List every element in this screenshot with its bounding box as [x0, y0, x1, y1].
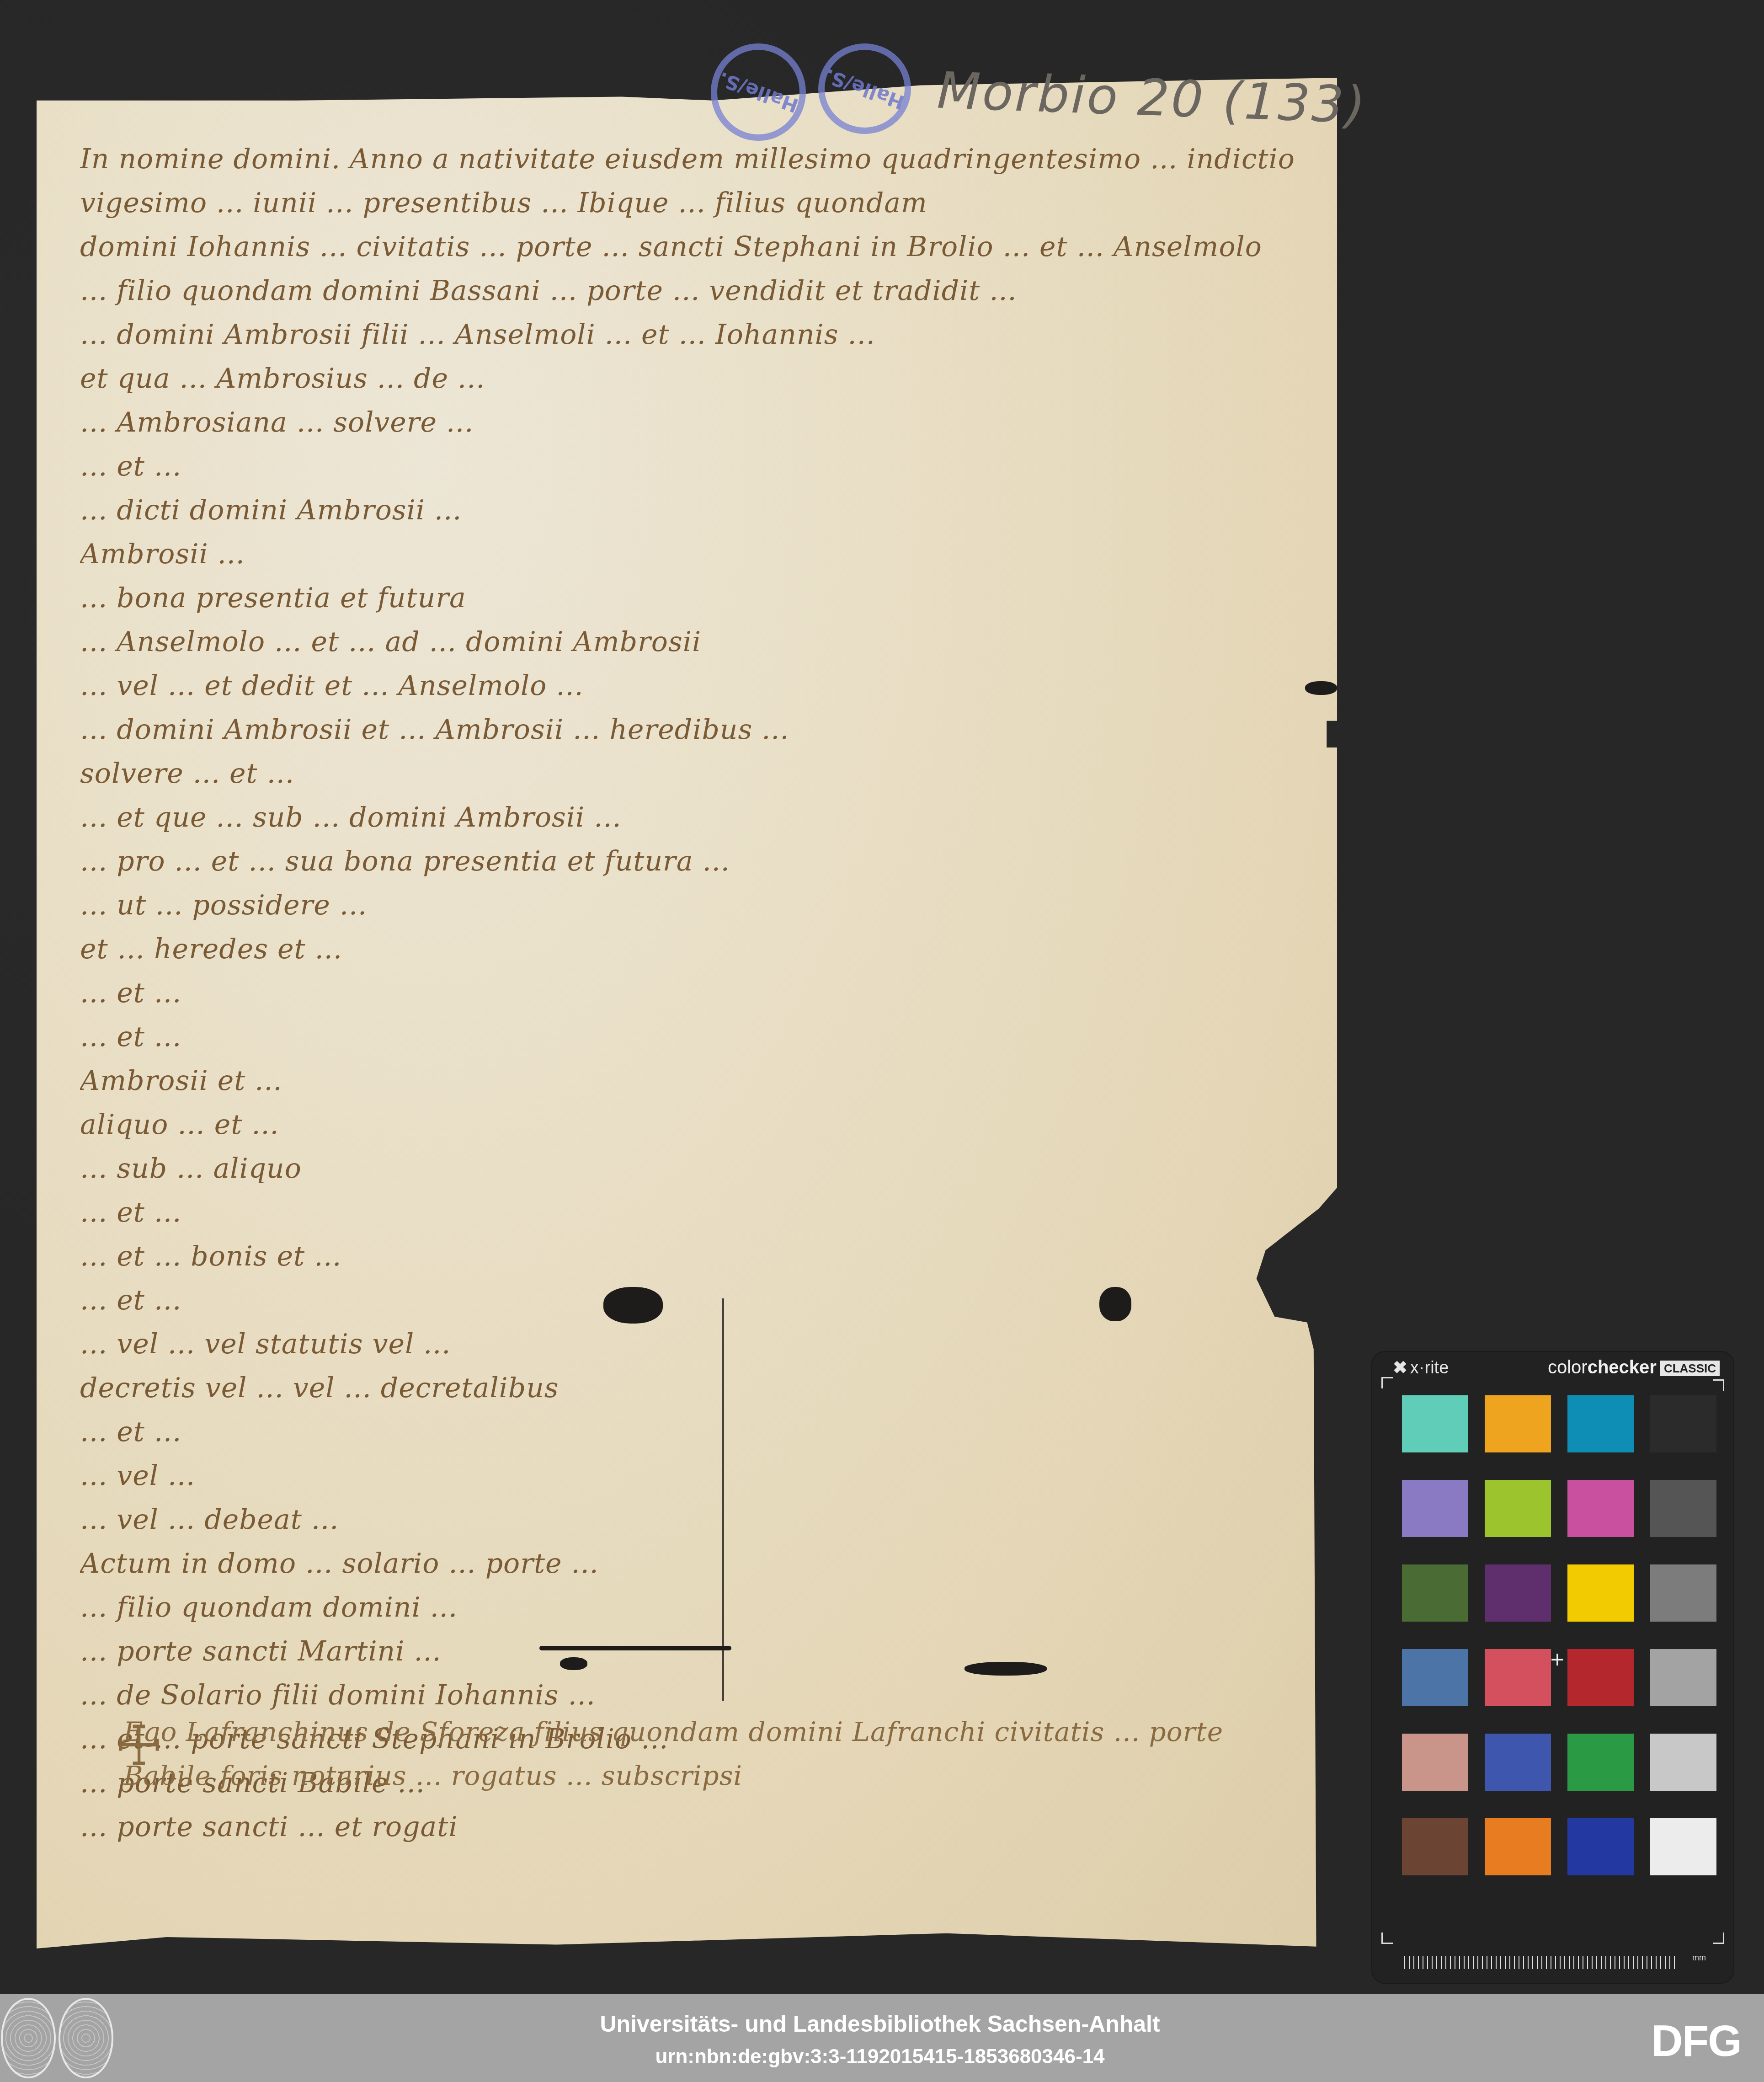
manuscript-line: ... filio quondam domini Bassani ... por… [80, 269, 1296, 313]
color-swatch [1485, 1734, 1551, 1791]
registration-corner [1713, 1933, 1724, 1944]
manuscript-line: ... vel ... et dedit et ... Anselmolo ..… [80, 664, 1296, 708]
color-swatch [1402, 1734, 1468, 1791]
manuscript-line: et ... heredes et ... [80, 927, 1296, 971]
color-swatch [1402, 1818, 1468, 1875]
color-swatch [1650, 1395, 1716, 1452]
color-swatch [1485, 1564, 1551, 1622]
subscription-line: Babile foris notarius ... rogatus ... su… [123, 1754, 1230, 1798]
manuscript-line: domini Iohannis ... civitatis ... porte … [80, 225, 1296, 269]
manuscript-line: In nomine domini. Anno a nativitate eius… [80, 137, 1296, 181]
library-footer: Universitäts- und Landesbibliothek Sachs… [0, 1994, 1764, 2082]
manuscript-line: ... vel ... debeat ... [80, 1498, 1296, 1542]
urn-identifier: urn:nbn:de:gbv:3:3-1192015415-1853680346… [549, 2045, 1211, 2068]
manuscript-line: ... bona presentia et futura [80, 576, 1296, 620]
registration-corner [1713, 1379, 1724, 1391]
color-swatch [1567, 1564, 1634, 1622]
wormhole [1305, 681, 1337, 695]
color-swatch [1485, 1395, 1551, 1452]
manuscript-line: ... et ... [80, 1015, 1296, 1059]
colorchecker-title: colorcheckerCLASSIC [1548, 1357, 1720, 1378]
notary-subscription: Ego Lafranchinus de Sforeza filius quond… [123, 1710, 1230, 1798]
manuscript-line: ... Ambrosiana ... solvere ... [80, 400, 1296, 444]
color-swatch [1485, 1649, 1551, 1706]
manuscript-line: vigesimo ... iunii ... presentibus ... I… [80, 181, 1296, 225]
manuscript-line: et qua ... Ambrosius ... de ... [80, 357, 1296, 400]
color-swatch [1402, 1649, 1468, 1706]
manuscript-line: aliquo ... et ... [80, 1103, 1296, 1147]
manuscript-line: ... dicti domini Ambrosii ... [80, 488, 1296, 532]
crosshair-icon: + [1550, 1649, 1565, 1670]
manuscript-line: ... vel ... vel statutis vel ... [80, 1322, 1296, 1366]
classic-badge: CLASSIC [1660, 1361, 1720, 1376]
manuscript-line: decretis vel ... vel ... decretalibus [80, 1366, 1296, 1410]
color-swatch [1650, 1564, 1716, 1622]
manuscript-line: ... porte sancti ... et rogati [80, 1805, 1296, 1849]
manuscript-line: ... et ... bonis et ... [80, 1234, 1296, 1278]
manuscript-line: ... et ... [80, 444, 1296, 488]
library-stamp: Halle/S. [818, 43, 911, 134]
color-swatch [1567, 1649, 1634, 1706]
subscription-line: Ego Lafranchinus de Sforeza filius quond… [123, 1710, 1230, 1754]
color-swatch [1650, 1480, 1716, 1537]
manuscript-body: In nomine domini. Anno a nativitate eius… [80, 137, 1296, 1849]
color-swatch [1402, 1395, 1468, 1452]
manuscript-line: ... ut ... possidere ... [80, 883, 1296, 927]
color-swatch [1485, 1480, 1551, 1537]
color-swatch-grid [1402, 1395, 1715, 1875]
stamp-center-text: Halle/S. [822, 64, 907, 113]
manuscript-line: ... porte sancti Martini ... [80, 1629, 1296, 1673]
color-swatch [1567, 1734, 1634, 1791]
color-swatch [1650, 1734, 1716, 1791]
color-swatch [1650, 1818, 1716, 1875]
color-swatch [1485, 1818, 1551, 1875]
manuscript-line: ... et ... [80, 971, 1296, 1015]
color-swatch [1402, 1480, 1468, 1537]
manuscript-line: ... et ... [80, 1190, 1296, 1234]
mm-ruler [1404, 1956, 1679, 1969]
color-swatch [1567, 1818, 1634, 1875]
stamp-center-text: Halle/S. [715, 68, 801, 117]
institution-name: Universitäts- und Landesbibliothek Sachs… [549, 2011, 1211, 2037]
manuscript-line: ... et ... [80, 1410, 1296, 1454]
library-stamp: Halle/S. [711, 43, 806, 141]
dfg-logo: DFG [1651, 2016, 1741, 2066]
manuscript-line: ... pro ... et ... sua bona presentia et… [80, 839, 1296, 883]
xrite-x-icon: ✖ [1393, 1358, 1407, 1377]
manuscript-line: Actum in domo ... solario ... porte ... [80, 1542, 1296, 1586]
manuscript-line: solvere ... et ... [80, 752, 1296, 795]
registration-corner [1381, 1377, 1393, 1388]
color-swatch [1567, 1480, 1634, 1537]
xrite-logo: ✖x·rite [1393, 1357, 1449, 1378]
color-swatch [1402, 1564, 1468, 1622]
manuscript-line: Ambrosii et ... [80, 1059, 1296, 1103]
manuscript-line: ... et ... [80, 1278, 1296, 1322]
manuscript-line: ... Anselmolo ... et ... ad ... domini A… [80, 620, 1296, 664]
university-seal-icon [1, 1998, 56, 2078]
color-swatch [1650, 1649, 1716, 1706]
color-checker-card: ✖x·rite colorcheckerCLASSIC + mm [1371, 1351, 1734, 1984]
color-swatch [1567, 1395, 1634, 1452]
university-seal-icon [59, 1998, 113, 2078]
registration-corner [1381, 1933, 1393, 1944]
manuscript-line: ... domini Ambrosii filii ... Anselmoli … [80, 313, 1296, 357]
manuscript-line: Ambrosii ... [80, 532, 1296, 576]
manuscript-line: ... filio quondam domini ... [80, 1586, 1296, 1629]
manuscript-line: ... domini Ambrosii et ... Ambrosii ... … [80, 708, 1296, 752]
manuscript-line: ... sub ... aliquo [80, 1147, 1296, 1190]
ruler-unit-label: mm [1692, 1953, 1706, 1963]
manuscript-line: ... et que ... sub ... domini Ambrosii .… [80, 795, 1296, 839]
manuscript-line: ... vel ... [80, 1454, 1296, 1498]
